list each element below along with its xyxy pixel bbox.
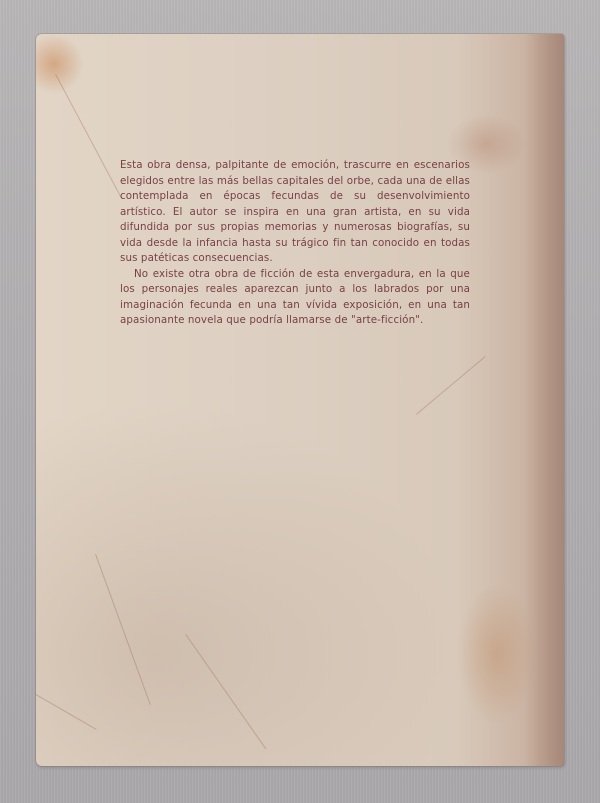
cover-crease [416, 356, 486, 415]
blurb-paragraph: Esta obra densa, palpitante de emoción, … [120, 158, 470, 267]
book-edge [524, 34, 564, 766]
blurb-paragraph: No existe otra obra de ficción de esta e… [120, 267, 470, 329]
back-cover-blurb: Esta obra densa, palpitante de emoción, … [120, 158, 470, 329]
cover-crease [36, 694, 97, 730]
cover-crease [185, 634, 266, 749]
cover-crease [55, 74, 122, 198]
cover-crease [95, 554, 151, 705]
book-back-cover: Esta obra densa, palpitante de emoción, … [36, 34, 564, 766]
